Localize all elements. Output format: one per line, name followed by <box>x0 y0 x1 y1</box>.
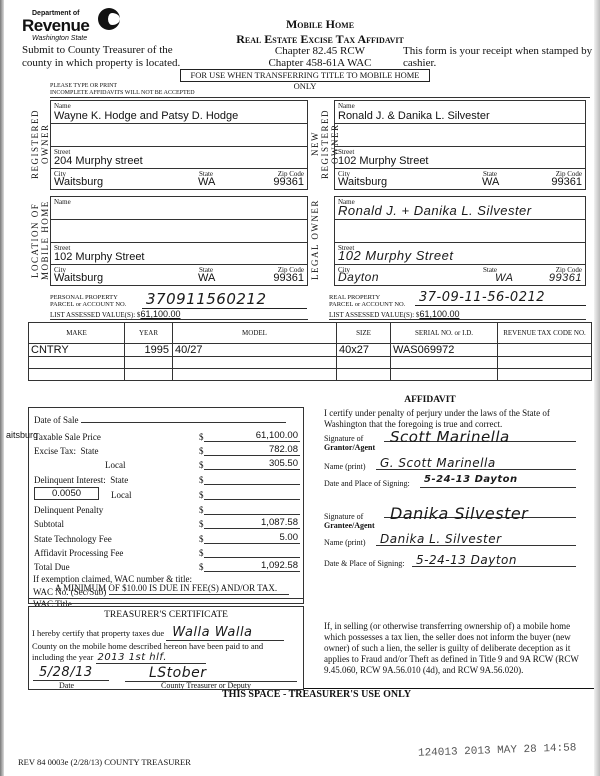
tech-fee-label: State Technology Fee <box>34 534 112 544</box>
processing-fee-label: Affidavit Processing Fee <box>34 548 123 558</box>
mobile-home-table: MAKE YEAR MODEL SIZE SERIAL NO. or I.D. … <box>28 322 592 381</box>
assessed-label: LIST ASSESSED VALUE(S): $ <box>50 311 140 319</box>
registered-owner-block: Name Wayne K. Hodge and Patsy D. Hodge S… <box>50 100 308 190</box>
treasurers-certificate: TREASURER'S CERTIFICATE I hereby certify… <box>28 606 304 690</box>
use-only-text: THIS SPACE - TREASURER'S USE ONLY <box>222 689 411 700</box>
form-title: Mobile Home Real Estate Excise Tax Affid… <box>200 17 440 47</box>
dollar-sign: $ <box>199 432 204 442</box>
treasurer-line3-text: including the year <box>32 652 93 662</box>
grantor-name-label: Name (print) <box>324 462 366 471</box>
location-name-field[interactable]: Name <box>51 197 307 220</box>
title-line1: Mobile Home <box>200 17 440 32</box>
cell-size[interactable]: 40x27 <box>337 344 391 357</box>
cell-year[interactable]: 1995 <box>125 344 173 357</box>
real-property-label1: REAL PROPERTY <box>329 294 405 301</box>
new-owner-city: Waitsburg <box>338 176 387 188</box>
local-rate-field[interactable]: 0.0050 <box>34 487 99 500</box>
instructions-incomplete: INCOMPLETE AFFIDAVITS WILL NOT BE ACCEPT… <box>50 90 590 98</box>
table-row: CNTRY 1995 40/27 40x27 WAS069972 <box>29 344 592 357</box>
grantor-date-field[interactable]: 5-24-13 Dayton <box>420 474 576 488</box>
delinquent-state-field[interactable] <box>204 473 300 485</box>
cell-serial[interactable] <box>391 369 498 381</box>
grantor-signature-field[interactable]: Scott Marinella <box>384 428 576 442</box>
grantor-date-label: Date and Place of Signing: <box>324 479 410 488</box>
real-property-parcel-no[interactable]: 37-09-11-56-0212 <box>415 290 586 306</box>
personal-property-label1: PERSONAL PROPERTY <box>50 294 126 301</box>
treasurer-date-label: Date <box>59 681 74 690</box>
tech-fee-field[interactable]: 5.00 <box>204 532 300 544</box>
new-owner-city-row[interactable]: City Waitsburg State WA Zip Code 99361 <box>335 169 585 189</box>
processing-fee-field[interactable] <box>204 546 300 558</box>
dollar-sign: $ <box>199 562 204 572</box>
registered-owner-name: Wayne K. Hodge and Patsy D. Hodge <box>54 110 238 122</box>
location-zip: 99361 <box>273 272 304 284</box>
delinquent-penalty-field[interactable] <box>204 503 300 515</box>
date-of-sale-row: Date of Sale <box>34 414 286 425</box>
cell-size[interactable] <box>337 369 391 381</box>
new-owner-name: Ronald J. & Danika L. Silvester <box>338 110 490 122</box>
registered-owner-name-field[interactable]: Name Wayne K. Hodge and Patsy D. Hodge <box>51 101 307 124</box>
cell-serial[interactable] <box>391 357 498 369</box>
total-due-field[interactable]: 1,092.58 <box>204 560 300 572</box>
state-sublabel: State <box>110 475 128 485</box>
grantor-sig-label1: Signature of <box>324 434 375 443</box>
logo-state: Washington State <box>32 35 87 42</box>
cell-model[interactable]: 40/27 <box>173 344 337 357</box>
location-name2-field[interactable] <box>51 220 307 243</box>
affidavit-title: AFFIDAVIT <box>310 395 550 405</box>
grantee-sig-label1: Signature of <box>324 512 375 521</box>
new-owner-state: WA <box>482 176 499 188</box>
delinquent-penalty-label: Delinquent Penalty <box>34 505 103 515</box>
personal-assessed-row[interactable]: LIST ASSESSED VALUE(S): $61,100.00 <box>50 309 308 320</box>
grantee-signature-label: Signature of Grantee/Agent <box>324 512 375 530</box>
name-label: Name <box>54 102 71 110</box>
cell-model[interactable] <box>173 357 337 369</box>
treasurer-line1: I hereby certify that property taxes due… <box>32 625 284 641</box>
cashier-stamp: 124013 2013 MAY 28 14:58 <box>418 742 577 760</box>
legal-owner-label: LEGAL OWNER <box>310 196 334 284</box>
new-owner-name2-field[interactable] <box>335 124 585 147</box>
instructions: PLEASE TYPE OR PRINT INCOMPLETE AFFIDAVI… <box>50 83 590 98</box>
real-property-label2: PARCEL or ACCOUNT NO. <box>329 301 405 308</box>
location-block: Name Street 102 Murphy Street City Waits… <box>50 196 308 286</box>
location-street: 102 Murphy Street <box>54 251 145 263</box>
cell-serial[interactable]: WAS069972 <box>391 344 498 357</box>
legal-owner-name: Ronald J. + Danika L. Silvester <box>338 203 532 218</box>
cell-year[interactable] <box>125 357 173 369</box>
cell-revenue-tax-code[interactable] <box>498 369 592 381</box>
treasurer-title: TREASURER'S CERTIFICATE <box>29 610 303 620</box>
legal-owner-street: 102 Murphy Street <box>338 248 453 263</box>
personal-property-parcel-no[interactable]: 370911560212 <box>142 290 307 309</box>
registered-owner-name2-field[interactable] <box>51 124 307 147</box>
tax-calculation-box: Date of Sale Taxable Sale Price $ 61,100… <box>28 407 304 599</box>
legal-owner-name2-field[interactable] <box>335 220 585 243</box>
instructions-type: PLEASE TYPE OR PRINT <box>50 83 590 90</box>
cell-make[interactable] <box>29 357 125 369</box>
new-owner-street: 102 Murphy Street <box>338 155 429 167</box>
cell-model[interactable] <box>173 369 337 381</box>
dollar-sign: $ <box>199 534 204 544</box>
subtotal-label: Subtotal <box>34 519 64 529</box>
treasurer-line3: including the year 2013 1st hlf. <box>32 652 206 664</box>
registered-owner-city: Waitsburg <box>54 176 103 188</box>
name-label: Name <box>338 102 355 110</box>
submit-note: Submit to County Treasurer of the county… <box>22 44 202 70</box>
col-make: MAKE <box>29 323 125 344</box>
delinquent-interest-text: Delinquent Interest: <box>34 475 106 485</box>
grantor-signature-label: Signature of Grantor/Agent <box>324 434 375 452</box>
excise-tax-label: Excise Tax: State <box>34 446 98 456</box>
legal-owner-street-field[interactable]: Street 102 Murphy Street <box>335 243 585 265</box>
delinquent-local-field[interactable] <box>204 488 300 500</box>
chapters: Chapter 82.45 RCW Chapter 458-61A WAC <box>225 45 415 69</box>
excise-local-field[interactable]: 305.50 <box>204 458 300 470</box>
legal-owner-state: WA <box>495 272 514 284</box>
form-footer: REV 84 0003e (2/28/13) COUNTY TREASURER <box>18 757 191 767</box>
location-city-row[interactable]: City Waitsburg State WA Zip Code 99361 <box>51 265 307 285</box>
delinquent-interest-label: Delinquent Interest: State <box>34 475 128 485</box>
treasurer-signature-field[interactable]: LStober <box>125 665 297 682</box>
cell-make[interactable]: CNTRY <box>29 344 125 357</box>
state-sublabel: State <box>80 446 98 456</box>
dollar-sign: $ <box>199 548 204 558</box>
legal-owner-zip: 99361 <box>549 272 582 284</box>
registered-owner-city-row[interactable]: City Waitsburg State WA Zip Code 99361 <box>51 169 307 189</box>
treasurer-year-field[interactable]: 2013 1st hlf. <box>96 652 206 664</box>
affidavit-statement: I certify under penalty of perjury under… <box>324 408 584 430</box>
excise-local-label: Local <box>105 460 126 470</box>
dollar-sign: $ <box>199 519 204 529</box>
registered-owner-state: WA <box>198 176 215 188</box>
use-notice: FOR USE WHEN TRANSFERRING TITLE TO MOBIL… <box>180 69 430 82</box>
scan-edge-left <box>0 0 4 776</box>
excise-label: Excise Tax: <box>34 446 76 456</box>
real-assessed-row[interactable]: LIST ASSESSED VALUE(S): $61,100.00 <box>329 309 586 320</box>
chapter-wac: Chapter 458-61A WAC <box>225 57 415 69</box>
legal-owner-city-row[interactable]: City Dayton State WA Zip Code 99361 <box>335 265 585 285</box>
grantee-signature-field[interactable]: Danika Silvester <box>384 504 576 518</box>
new-owner-street-field[interactable]: Street 102 Murphy Street <box>335 147 585 169</box>
personal-property-label: PERSONAL PROPERTY PARCEL or ACCOUNT NO. <box>50 294 126 308</box>
treasurer-line2: County on the mobile home described here… <box>32 641 263 651</box>
real-assessed-value: 61,100.00 <box>419 309 459 319</box>
personal-property-label2: PARCEL or ACCOUNT NO. <box>50 301 126 308</box>
location-street-field[interactable]: Street 102 Murphy Street <box>51 243 307 265</box>
location-city: Waitsburg <box>54 272 103 284</box>
col-serial: SERIAL NO. or I.D. <box>391 323 498 344</box>
col-revenue-tax-code: REVENUE TAX CODE NO. <box>498 323 592 344</box>
name-label: Name <box>54 198 71 206</box>
cell-revenue-tax-code[interactable] <box>498 357 592 369</box>
stray-text: aitsburg <box>6 430 38 440</box>
real-property-label: REAL PROPERTY PARCEL or ACCOUNT NO. <box>329 294 405 308</box>
col-model: MODEL <box>173 323 337 344</box>
table-row <box>29 357 592 369</box>
logo-name: Revenue <box>22 16 89 36</box>
date-of-sale-field[interactable] <box>81 414 286 423</box>
subtotal-field[interactable]: 1,087.58 <box>204 517 300 529</box>
grantee-sig-label2: Grantee/Agent <box>324 521 375 530</box>
col-year: YEAR <box>125 323 173 344</box>
new-owner-zip: 99361 <box>551 176 582 188</box>
delinquent-local-label: Local <box>111 490 132 500</box>
legal-owner-name-field[interactable]: Name Ronald J. + Danika L. Silvester <box>335 197 585 220</box>
excise-state-field[interactable]: 782.08 <box>204 444 300 456</box>
personal-assessed-value: 61,100.00 <box>140 309 180 319</box>
grantee-date-label: Date & Place of Signing: <box>324 559 404 568</box>
revenue-logo: Department of Revenue Washington State <box>22 8 132 44</box>
grantee-name-label: Name (print) <box>324 538 366 547</box>
treasurer-date-field[interactable]: 5/28/13 <box>33 665 109 681</box>
treasurer-county-field[interactable]: Walla Walla <box>166 625 284 641</box>
assessed-label: LIST ASSESSED VALUE(S): $ <box>329 311 419 319</box>
taxable-sale-price-label: Taxable Sale Price <box>34 432 101 442</box>
new-registered-owner-label: NEW REGISTERED OWNER <box>310 100 334 188</box>
registered-owner-zip: 99361 <box>273 176 304 188</box>
grantee-date-field[interactable]: 5-24-13 Dayton <box>412 553 576 567</box>
dollar-sign: $ <box>199 490 204 500</box>
col-size: SIZE <box>337 323 391 344</box>
chapter-rcw: Chapter 82.45 RCW <box>225 45 415 57</box>
treasurer-line1-text: I hereby certify that property taxes due <box>32 628 164 638</box>
location-state: WA <box>198 272 215 284</box>
table-header-row: MAKE YEAR MODEL SIZE SERIAL NO. or I.D. … <box>29 323 592 344</box>
minimum-notice: A MINIMUM OF $10.00 IS DUE IN FEE(S) AND… <box>28 583 304 593</box>
total-due-label: Total Due <box>34 562 70 572</box>
taxable-sale-price-field[interactable]: 61,100.00 <box>204 430 300 442</box>
cell-make[interactable] <box>29 369 125 381</box>
date-of-sale-label: Date of Sale <box>34 415 78 425</box>
grantee-name-field[interactable]: Danika L. Silvester <box>376 532 576 546</box>
registered-owner-street: 204 Murphy street <box>54 155 143 167</box>
dollar-sign: $ <box>199 475 204 485</box>
legal-owner-city: Dayton <box>338 270 379 284</box>
legal-owner-block: Name Ronald J. + Danika L. Silvester Str… <box>334 196 586 286</box>
table-row <box>29 369 592 381</box>
grantor-sig-label2: Grantor/Agent <box>324 443 375 452</box>
cell-size[interactable] <box>337 357 391 369</box>
registered-owner-street-field[interactable]: Street 204 Murphy street <box>51 147 307 169</box>
new-owner-name-field[interactable]: Name Ronald J. & Danika L. Silvester <box>335 101 585 124</box>
receipt-note: This form is your receipt when stamped b… <box>403 45 593 69</box>
new-registered-owner-block: Name Ronald J. & Danika L. Silvester Str… <box>334 100 586 190</box>
cell-year[interactable] <box>125 369 173 381</box>
dollar-sign: $ <box>199 505 204 515</box>
scan-edge-right <box>594 0 600 776</box>
dollar-sign: $ <box>199 446 204 456</box>
grantor-name-field[interactable]: G. Scott Marinella <box>376 456 576 470</box>
cell-revenue-tax-code[interactable] <box>498 344 592 357</box>
swirl-logo-icon <box>98 8 120 30</box>
dollar-sign: $ <box>199 460 204 470</box>
fraud-warning: If, in selling (or otherwise transferrin… <box>324 621 594 676</box>
